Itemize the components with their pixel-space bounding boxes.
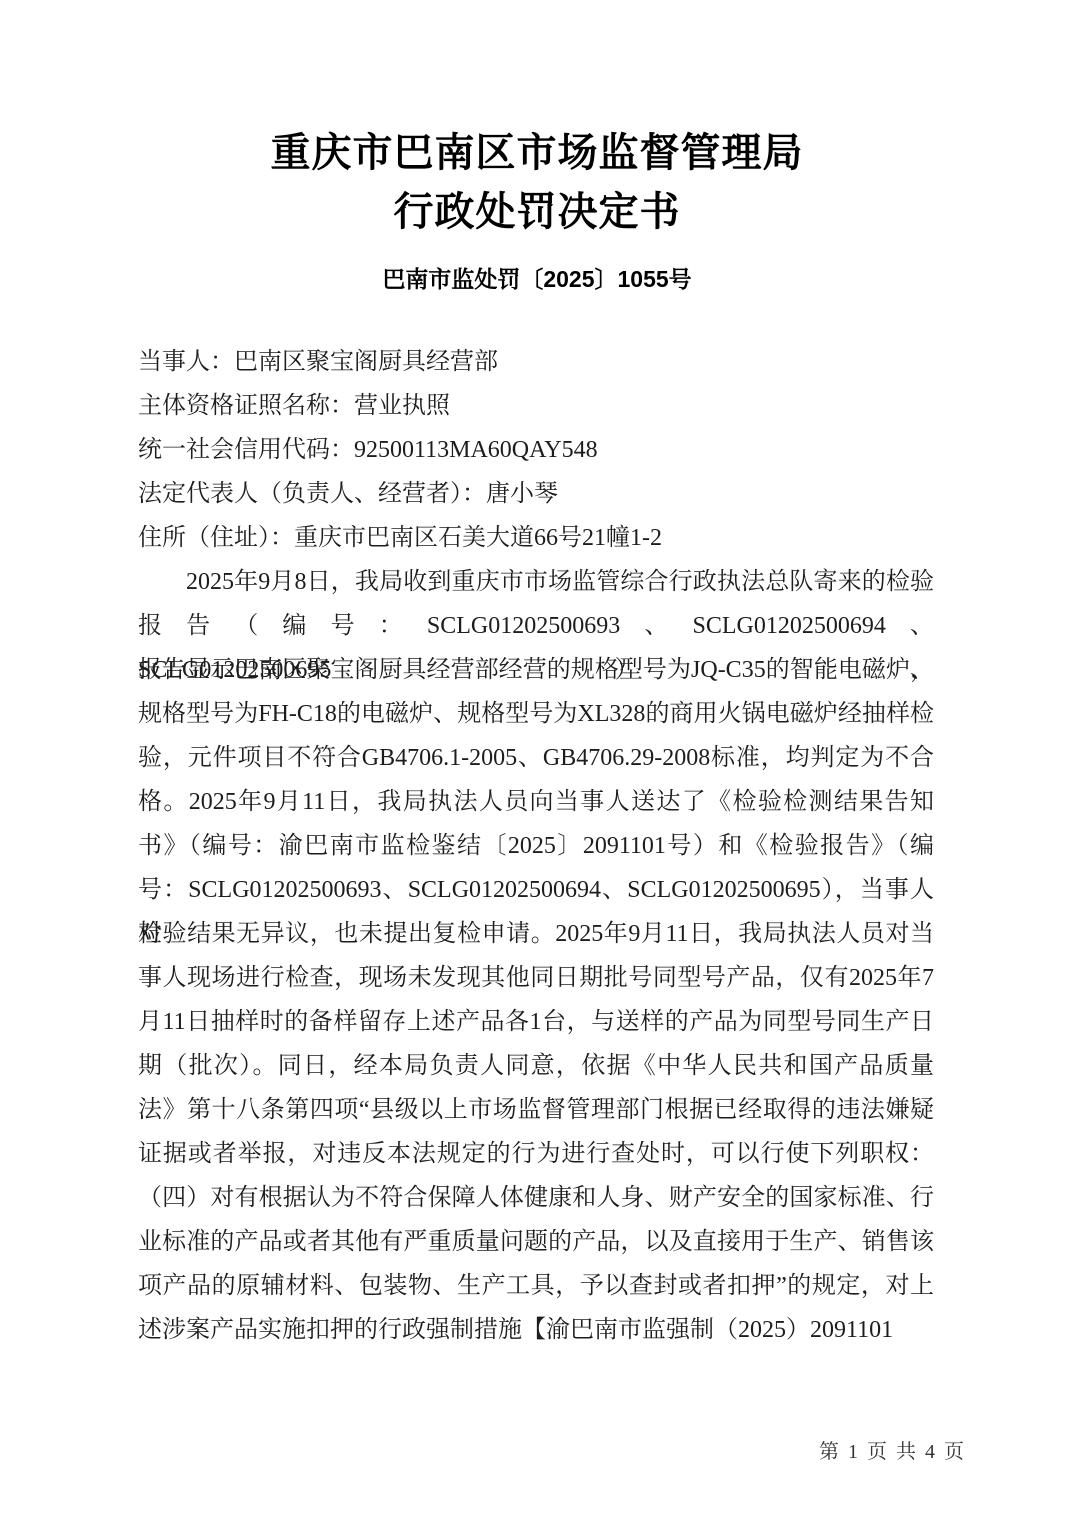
body-paragraph-line: 法》第十八条第四项“县级以上市场监督管理部门根据已经取得的违法嫌疑: [138, 1088, 934, 1132]
document-title-line2: 行政处罚决定书: [0, 183, 1074, 242]
body-paragraph-line: 2025年9月8日，我局收到重庆市市场监管综合行政执法总队寄来的检验: [138, 560, 934, 604]
body-paragraph-line: 事人现场进行检查，现场未发现其他同日期批号同型号产品，仅有2025年7: [138, 956, 934, 1000]
body-paragraph-line: 验，元件项目不符合GB4706.1-2005、GB4706.29-2008标准，…: [138, 736, 934, 780]
document-number: 巴南市监处罚〔2025〕1055号: [0, 264, 1074, 294]
body-paragraph-line: 书》（编号：渝巴南市监检鉴结〔2025〕2091101号）和《检验报告》（编: [138, 824, 934, 868]
body-paragraph-line: 规格型号为FH-C18的电磁炉、规格型号为XL328的商用火锅电磁炉经抽样检: [138, 692, 934, 736]
party-info-line-address: 住所（住址）：重庆市巴南区石美大道66号21幢1-2: [138, 516, 934, 560]
body-paragraph-line: 业标准的产品或者其他有严重质量问题的产品，以及直接用于生产、销售该: [138, 1220, 934, 1264]
party-info-line-credit-code: 统一社会信用代码：92500113MA60QAY548: [138, 428, 934, 472]
document-title: 重庆市巴南区市场监督管理局 行政处罚决定书: [0, 124, 1074, 242]
body-paragraph-line: 报告（编号：SCLG01202500693、SCLG01202500694、SC…: [138, 604, 934, 648]
body-paragraph-line: 检验结果无异议，也未提出复检申请。2025年9月11日，我局执法人员对当: [138, 912, 934, 956]
body-paragraph-line: 月11日抽样时的备样留存上述产品各1台，与送样的产品为同型号同生产日: [138, 1000, 934, 1044]
body-paragraph-line: （四）对有根据认为不符合保障人体健康和人身、财产安全的国家标准、行: [138, 1176, 934, 1220]
body-paragraph-line: 期（批次）。同日，经本局负责人同意，依据《中华人民共和国产品质量: [138, 1044, 934, 1088]
page-number: 第 1 页 共 4 页: [819, 1438, 966, 1466]
body-paragraph-line: 报告显示巴南区聚宝阁厨具经营部经营的规格型号为JQ-C35的智能电磁炉、: [138, 648, 934, 692]
body-paragraph-line: 述涉案产品实施扣押的行政强制措施【渝巴南市监强制（2025）2091101: [138, 1308, 934, 1352]
body-paragraph-line: 证据或者举报，对违反本法规定的行为进行查处时，可以行使下列职权：: [138, 1132, 934, 1176]
document-title-line1: 重庆市巴南区市场监督管理局: [0, 124, 1074, 183]
body-paragraph-line: 项产品的原辅材料、包装物、生产工具，予以查封或者扣押”的规定，对上: [138, 1264, 934, 1308]
document-page: 重庆市巴南区市场监督管理局 行政处罚决定书 巴南市监处罚〔2025〕1055号 …: [0, 0, 1074, 1520]
party-info-line-representative: 法定代表人（负责人、经营者）：唐小琴: [138, 472, 934, 516]
body-paragraph-line: 格。2025年9月11日，我局执法人员向当事人送达了《检验检测结果告知: [138, 780, 934, 824]
party-info-line-name: 当事人：巴南区聚宝阁厨具经营部: [138, 340, 934, 384]
body-paragraph-line: 号：SCLG01202500693、SCLG01202500694、SCLG01…: [138, 868, 934, 912]
document-body: 当事人：巴南区聚宝阁厨具经营部 主体资格证照名称：营业执照 统一社会信用代码：9…: [138, 340, 934, 1352]
party-info-line-license: 主体资格证照名称：营业执照: [138, 384, 934, 428]
